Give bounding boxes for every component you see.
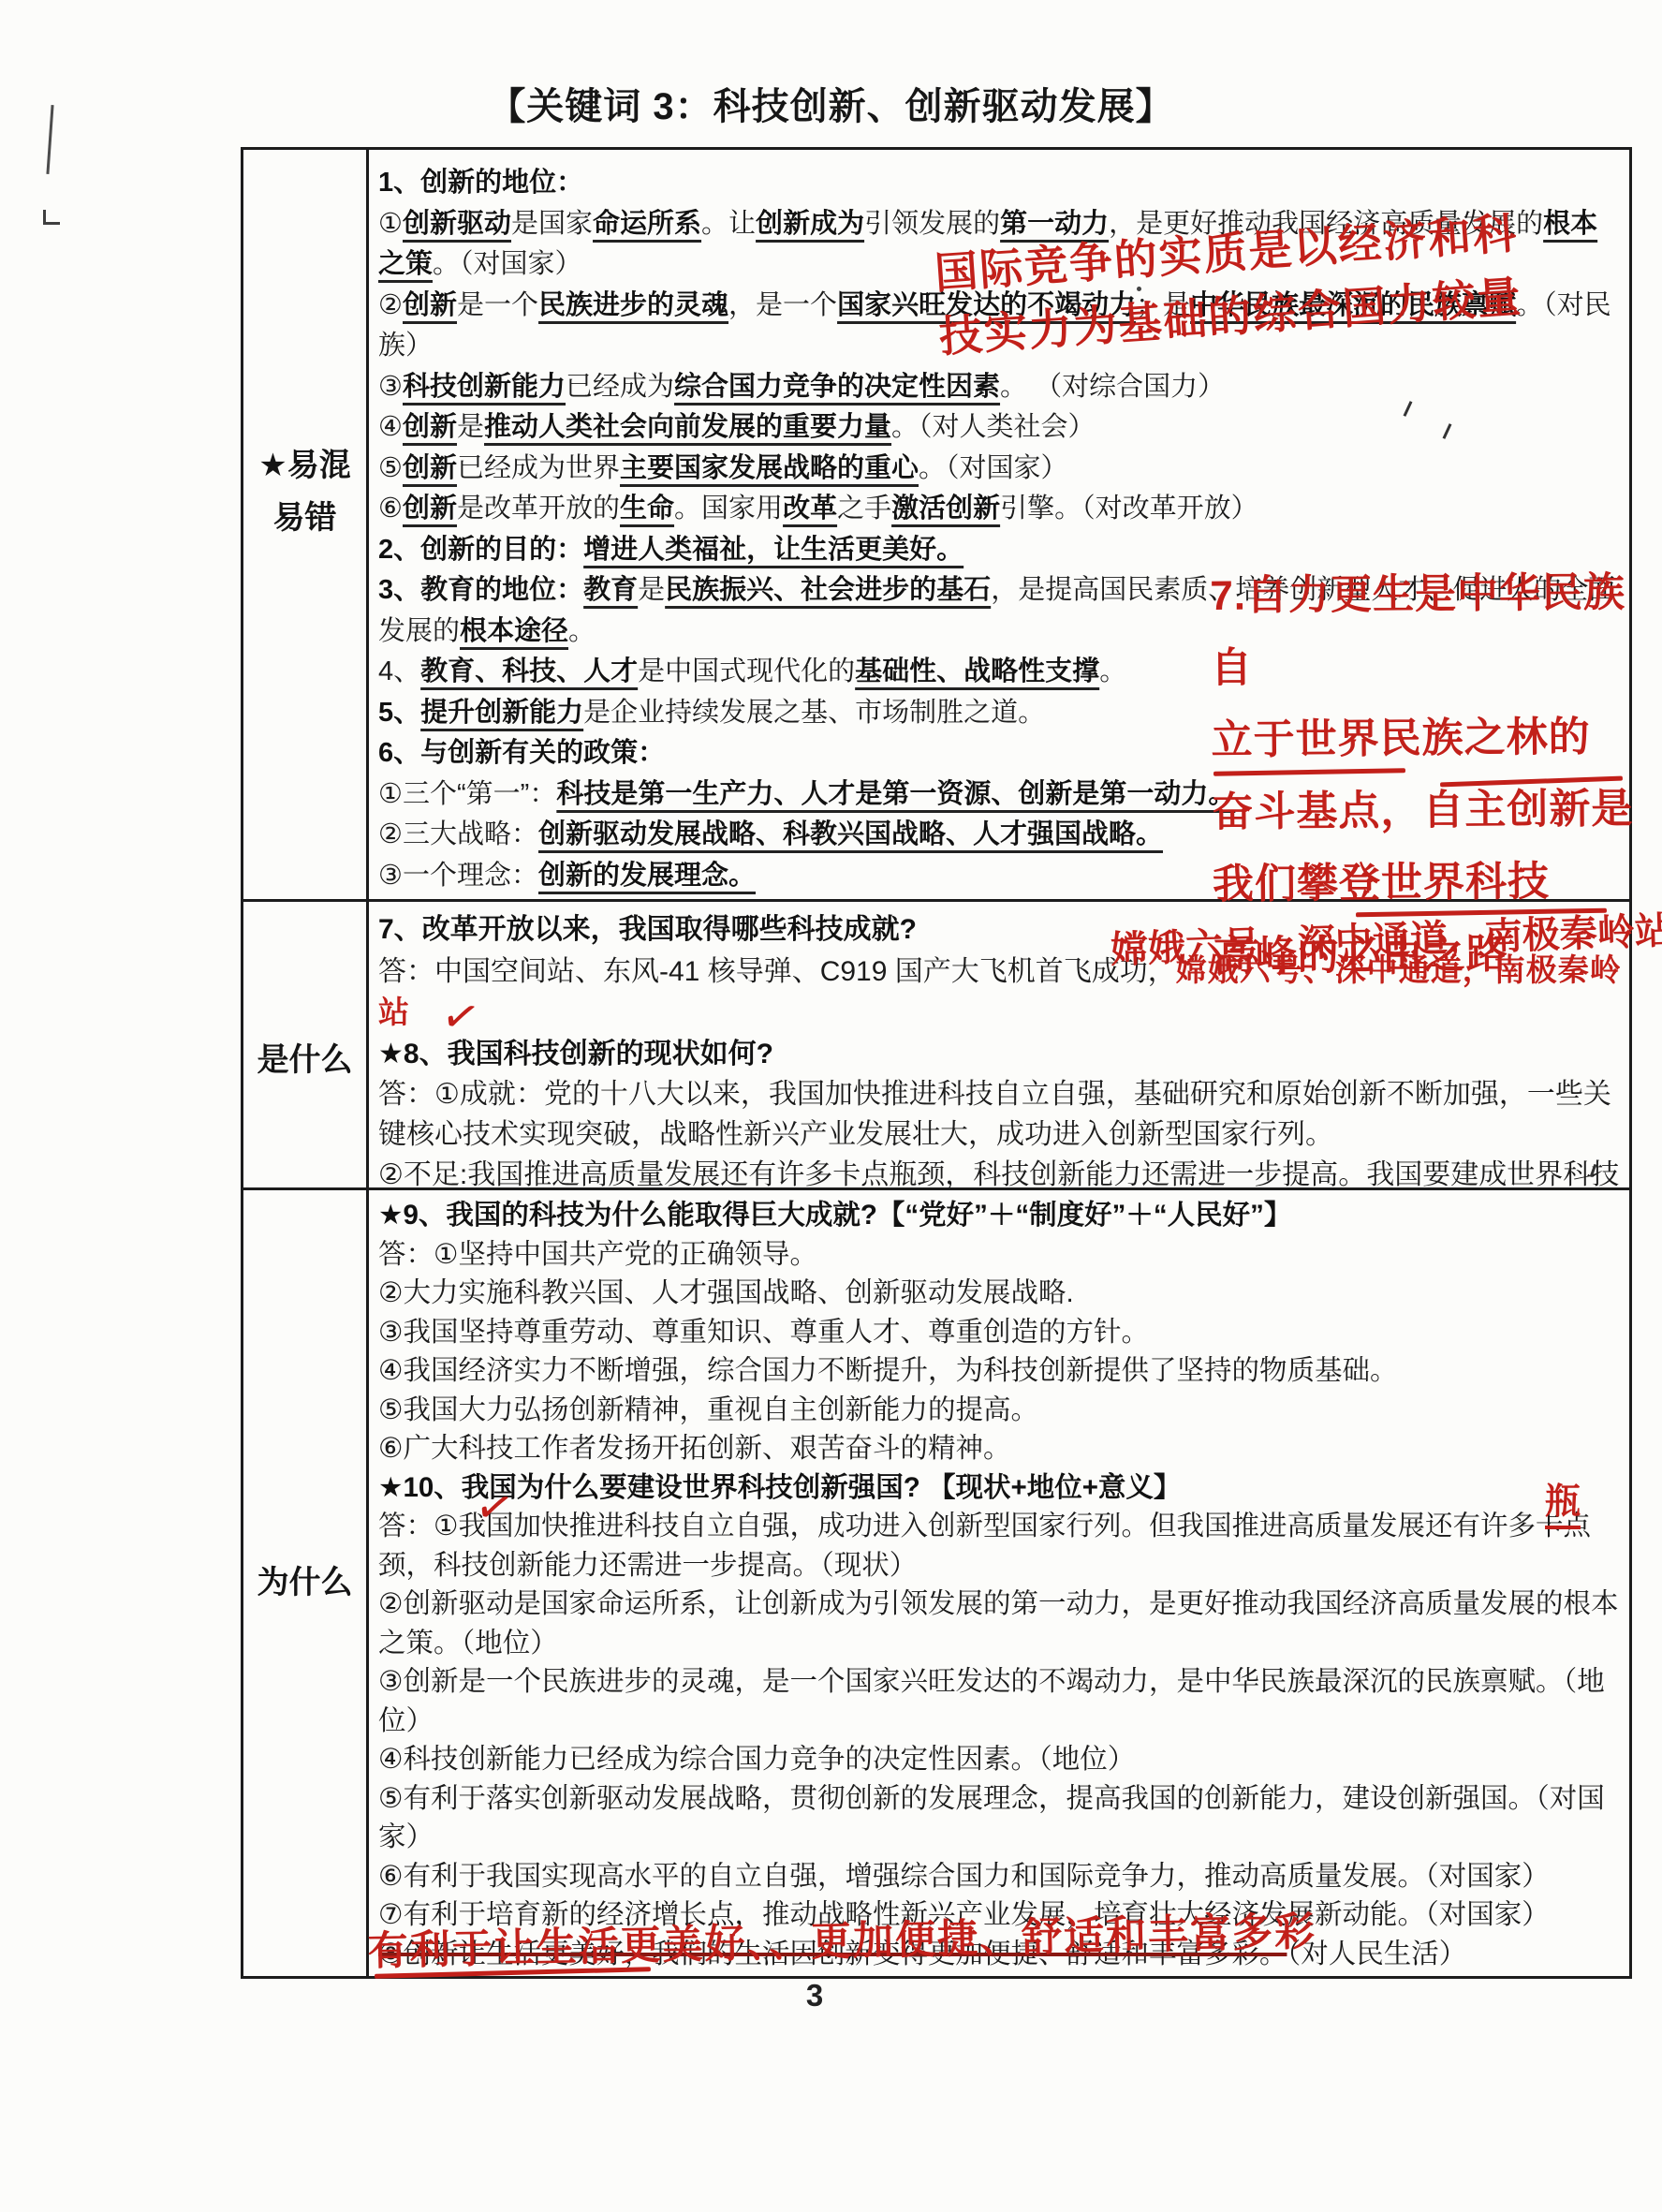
text-line: ④我国经济实力不断增强，综合国力不断提升，为科技创新提供了坚持的物质基础。 xyxy=(378,1351,1624,1391)
row-label-what: 是什么 xyxy=(243,902,369,1187)
text-line: ②不足:我国推进高质量发展还有许多卡点瓶颈，科技创新能力还需进一步提高。我国要建… xyxy=(378,1155,1624,1187)
text-line: ⑥有利于我国实现高水平的自立自强，增强综合国力和国际竞争力，推动高质量发展。（对… xyxy=(378,1857,1624,1896)
text-line: ③科技创新能力已经成为综合国力竞争的决定性因素。 （对综合国力） xyxy=(378,367,1624,408)
page-number: 3 xyxy=(0,1978,1629,2013)
text-line: ★10、我国为什么要建设世界科技创新强国? 【现状+地位+意义】 xyxy=(378,1468,1624,1508)
row-label-why: 为什么 xyxy=(243,1190,369,1976)
scan-artifact xyxy=(43,210,60,225)
table-row-why: 为什么 ★9、我国的科技为什么能取得巨大成就?【“党好”＋“制度好”＋“人民好”… xyxy=(243,1187,1629,1976)
text-line: 1、创新的地位： xyxy=(378,163,1624,204)
text-line: ⑥创新是改革开放的生命。国家用改革之手激活创新引擎。（对改革开放） xyxy=(378,489,1624,530)
row-label-confusables: ★易混 易错 xyxy=(243,150,369,899)
page-title: 【关键词 3：科技创新、创新驱动发展】 xyxy=(0,77,1662,130)
text-line: ★8、我国科技创新的现状如何? xyxy=(378,1034,1624,1074)
text-line: 答：①我国加快推进科技自立自强，成功进入创新型国家行列。但我国推进高质量发展还有… xyxy=(378,1507,1624,1585)
text-line: ⑤我国大力弘扬创新精神，重视自主创新能力的提高。 xyxy=(378,1391,1624,1430)
text-line: ②创新驱动是国家命运所系，让创新成为引领发展的第一动力，是更好推动我国经济高质量… xyxy=(378,1585,1624,1662)
text-line: ⑥广大科技工作者发扬开拓创新、艰苦奋斗的精神。 xyxy=(378,1429,1624,1468)
text-line: 答：①坚持中国共产党的正确领导。 xyxy=(378,1235,1624,1275)
notes-table: ★易混 易错 1、创新的地位：①创新驱动是国家命运所系。让创新成为引领发展的第一… xyxy=(241,147,1632,1979)
text-line: ③我国坚持尊重劳动、尊重知识、尊重人才、尊重创造的方针。 xyxy=(378,1313,1624,1352)
text-line: ④科技创新能力已经成为综合国力竞争的决定性因素。（地位） xyxy=(378,1740,1624,1779)
text-line: ④创新是推动人类社会向前发展的重要力量。（对人类社会） xyxy=(378,407,1624,449)
text-line: ②大力实施科教兴国、人才强国战略、创新驱动发展战略. xyxy=(378,1274,1624,1313)
text-line: ★9、我国的科技为什么能取得巨大成就?【“党好”＋“制度好”＋“人民好”】 xyxy=(378,1196,1624,1235)
text-line: ⑤创新已经成为世界主要国家发展战略的重心。（对国家） xyxy=(378,449,1624,490)
text-line: 答：①成就：党的十八大以来，我国加快推进科技自立自强，基础研究和原始创新不断加强… xyxy=(378,1074,1624,1155)
text-line: ⑤有利于落实创新驱动发展战略，贯彻创新的发展理念，提高我国的创新能力，建设创新强… xyxy=(378,1779,1624,1857)
row-content-why: ★9、我国的科技为什么能取得巨大成就?【“党好”＋“制度好”＋“人民好”】答：①… xyxy=(369,1190,1629,1976)
text-line: ③创新是一个民族进步的灵魂，是一个国家兴旺发达的不竭动力，是中华民族最深沉的民族… xyxy=(378,1662,1624,1740)
handwritten-insert-char: 瓶 xyxy=(1545,1472,1581,1529)
